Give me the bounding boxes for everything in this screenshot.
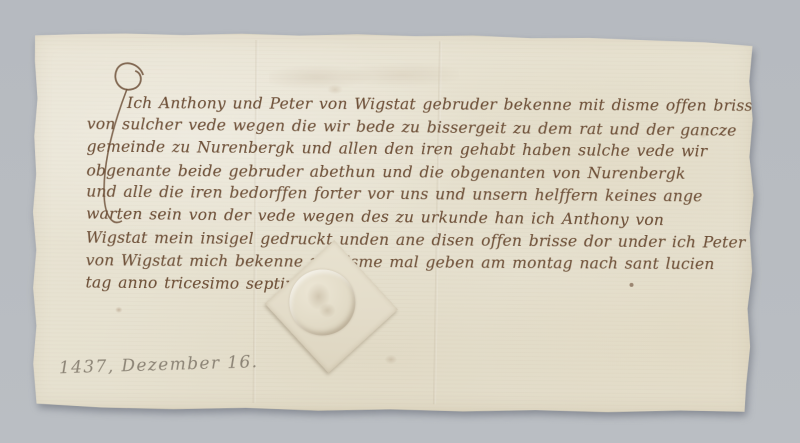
handwriting-line: tag anno tricesimo septimo <box>85 271 739 299</box>
paper-stain <box>385 355 397 364</box>
archival-date-annotation: 1437, Dezember 16. <box>59 352 259 378</box>
manuscript-paper: Ich Anthony und Peter von Wigstat gebrud… <box>29 30 756 415</box>
seal-impression <box>289 269 356 336</box>
ink-offset-smudge <box>269 62 459 92</box>
paper-stain <box>115 307 122 313</box>
handwriting-line: obgenante beide gebruder abethun und die… <box>86 159 740 185</box>
photo-background: Ich Anthony und Peter von Wigstat gebrud… <box>0 0 800 443</box>
paper-sheet: Ich Anthony und Peter von Wigstat gebrud… <box>29 30 756 415</box>
handwriting-line: von Wigstat mich bekenne zu disme mal ge… <box>86 249 740 276</box>
handwriting-block: Ich Anthony und Peter von Wigstat gebrud… <box>85 91 741 299</box>
